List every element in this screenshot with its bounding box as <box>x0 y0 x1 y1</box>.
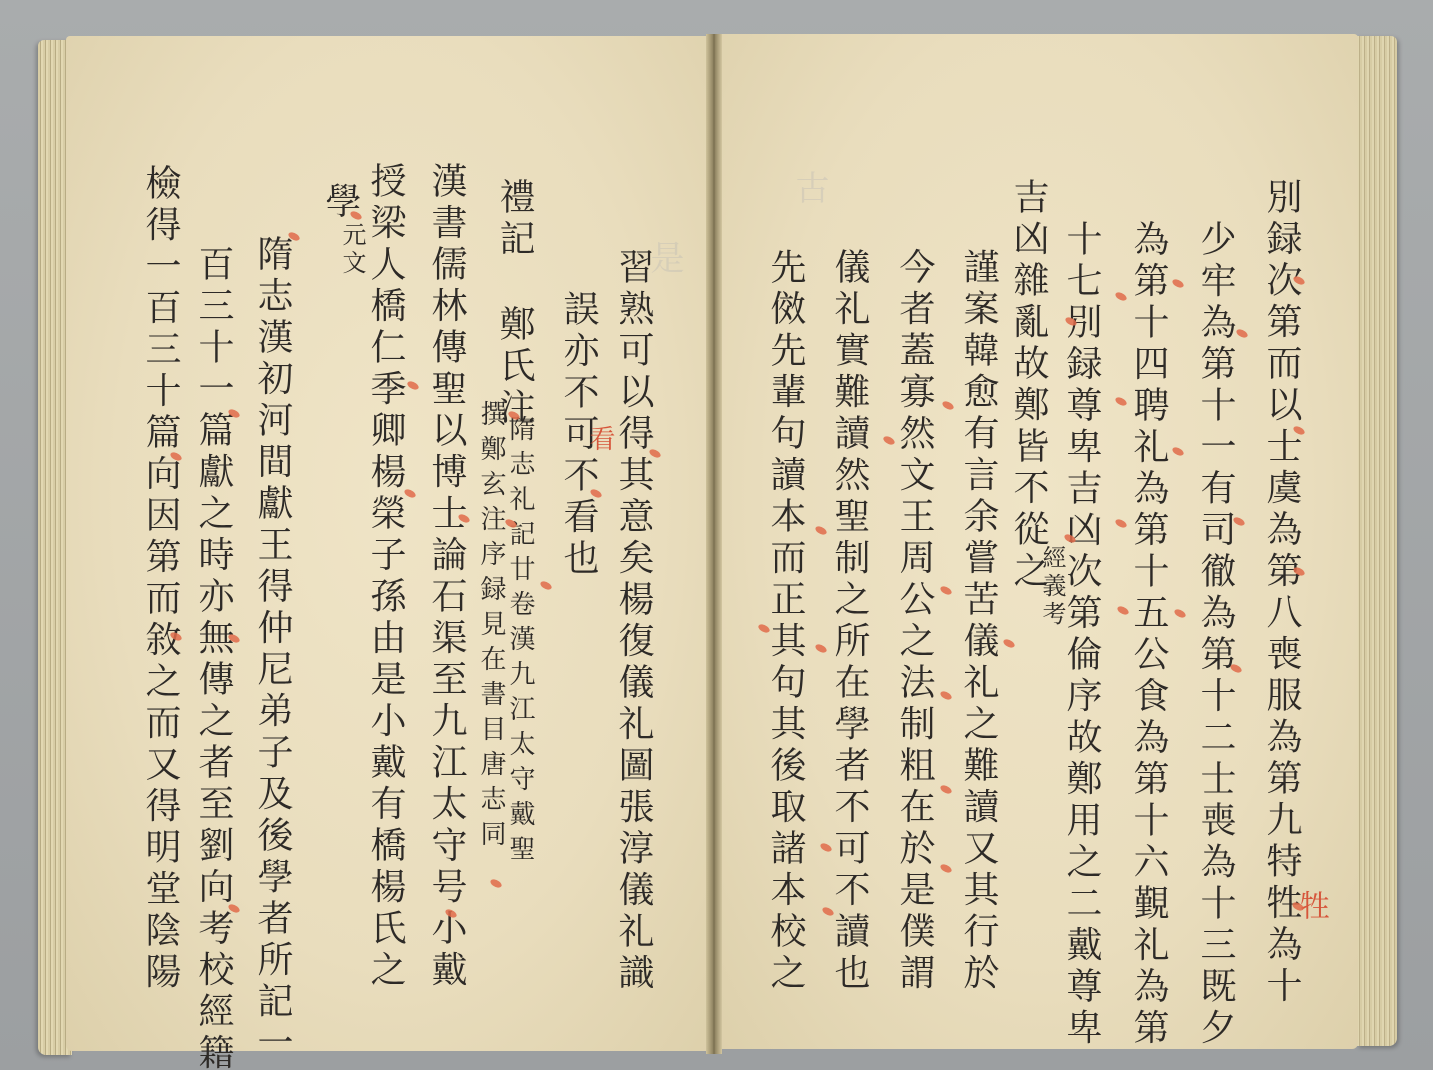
right-col-3: 為第十四聘礼為第十五公食為第十六覲礼為第 <box>1130 220 1166 1050</box>
bleed-through: 古 <box>785 170 834 210</box>
right-col-5-note: 經義考 <box>1040 545 1064 629</box>
open-book: 是 古 別録次第而以士虞為第八喪服為第九特牲為十 牲 少牢為第十一有司徹為第十二… <box>0 0 1433 1070</box>
left-col-4-note-left: 撰鄭玄注序録見在書目唐志同 <box>478 400 504 855</box>
left-col-9: 百三十一篇獻之時亦無傳之者至劉向考校經籍 <box>195 245 231 1070</box>
page-edges-right <box>1357 36 1397 1046</box>
right-col-8: 儀礼實難讀然聖制之所在學者不可不讀也 <box>831 248 867 995</box>
right-col-1: 別録次第而以士虞為第八喪服為第九特牲為十 <box>1263 178 1299 1008</box>
left-col-5: 漢書儒林傳聖以博士論石渠至九江太守号小戴 <box>428 162 464 992</box>
red-correction-mark: 看 <box>587 425 613 457</box>
left-col-7-note: 元文 <box>340 222 364 278</box>
right-col-4: 十七別録尊卑吉凶次第倫序故鄭用之二戴尊卑 <box>1063 220 1099 1050</box>
left-col-3-heading: 禮記 <box>496 178 532 261</box>
left-col-10: 檢得一百三十篇向因第而敘之而又得明堂陰陽 <box>142 164 178 994</box>
right-col-7: 今者蓋寡然文王周公之法制粗在於是僕謂 <box>896 248 932 995</box>
book-gutter <box>706 34 722 1054</box>
left-col-1: 習熟可以得其意矣楊復儀礼圖張淳儀礼識 <box>615 248 651 995</box>
right-col-2: 少牢為第十一有司徹為第十二士喪為十三既夕 <box>1197 220 1233 1050</box>
left-col-4-note-right: 隋志礼記廿卷漢九江太守戴聖 <box>507 415 533 870</box>
right-col-6: 謹案韓愈有言余嘗苦儀礼之難讀又其行於 <box>960 248 996 995</box>
right-col-9: 先傚先輩句讀本而正其句其後取諸本校之 <box>767 248 803 995</box>
left-col-8: 隋志漢初河間獻王得仲尼弟子及後學者所記一 <box>254 235 290 1065</box>
left-col-6: 授梁人橋仁季卿楊榮子孫由是小戴有橋楊氏之 <box>367 162 403 992</box>
right-col-5: 吉凶雜亂故鄭皆不從之 <box>1010 178 1046 593</box>
